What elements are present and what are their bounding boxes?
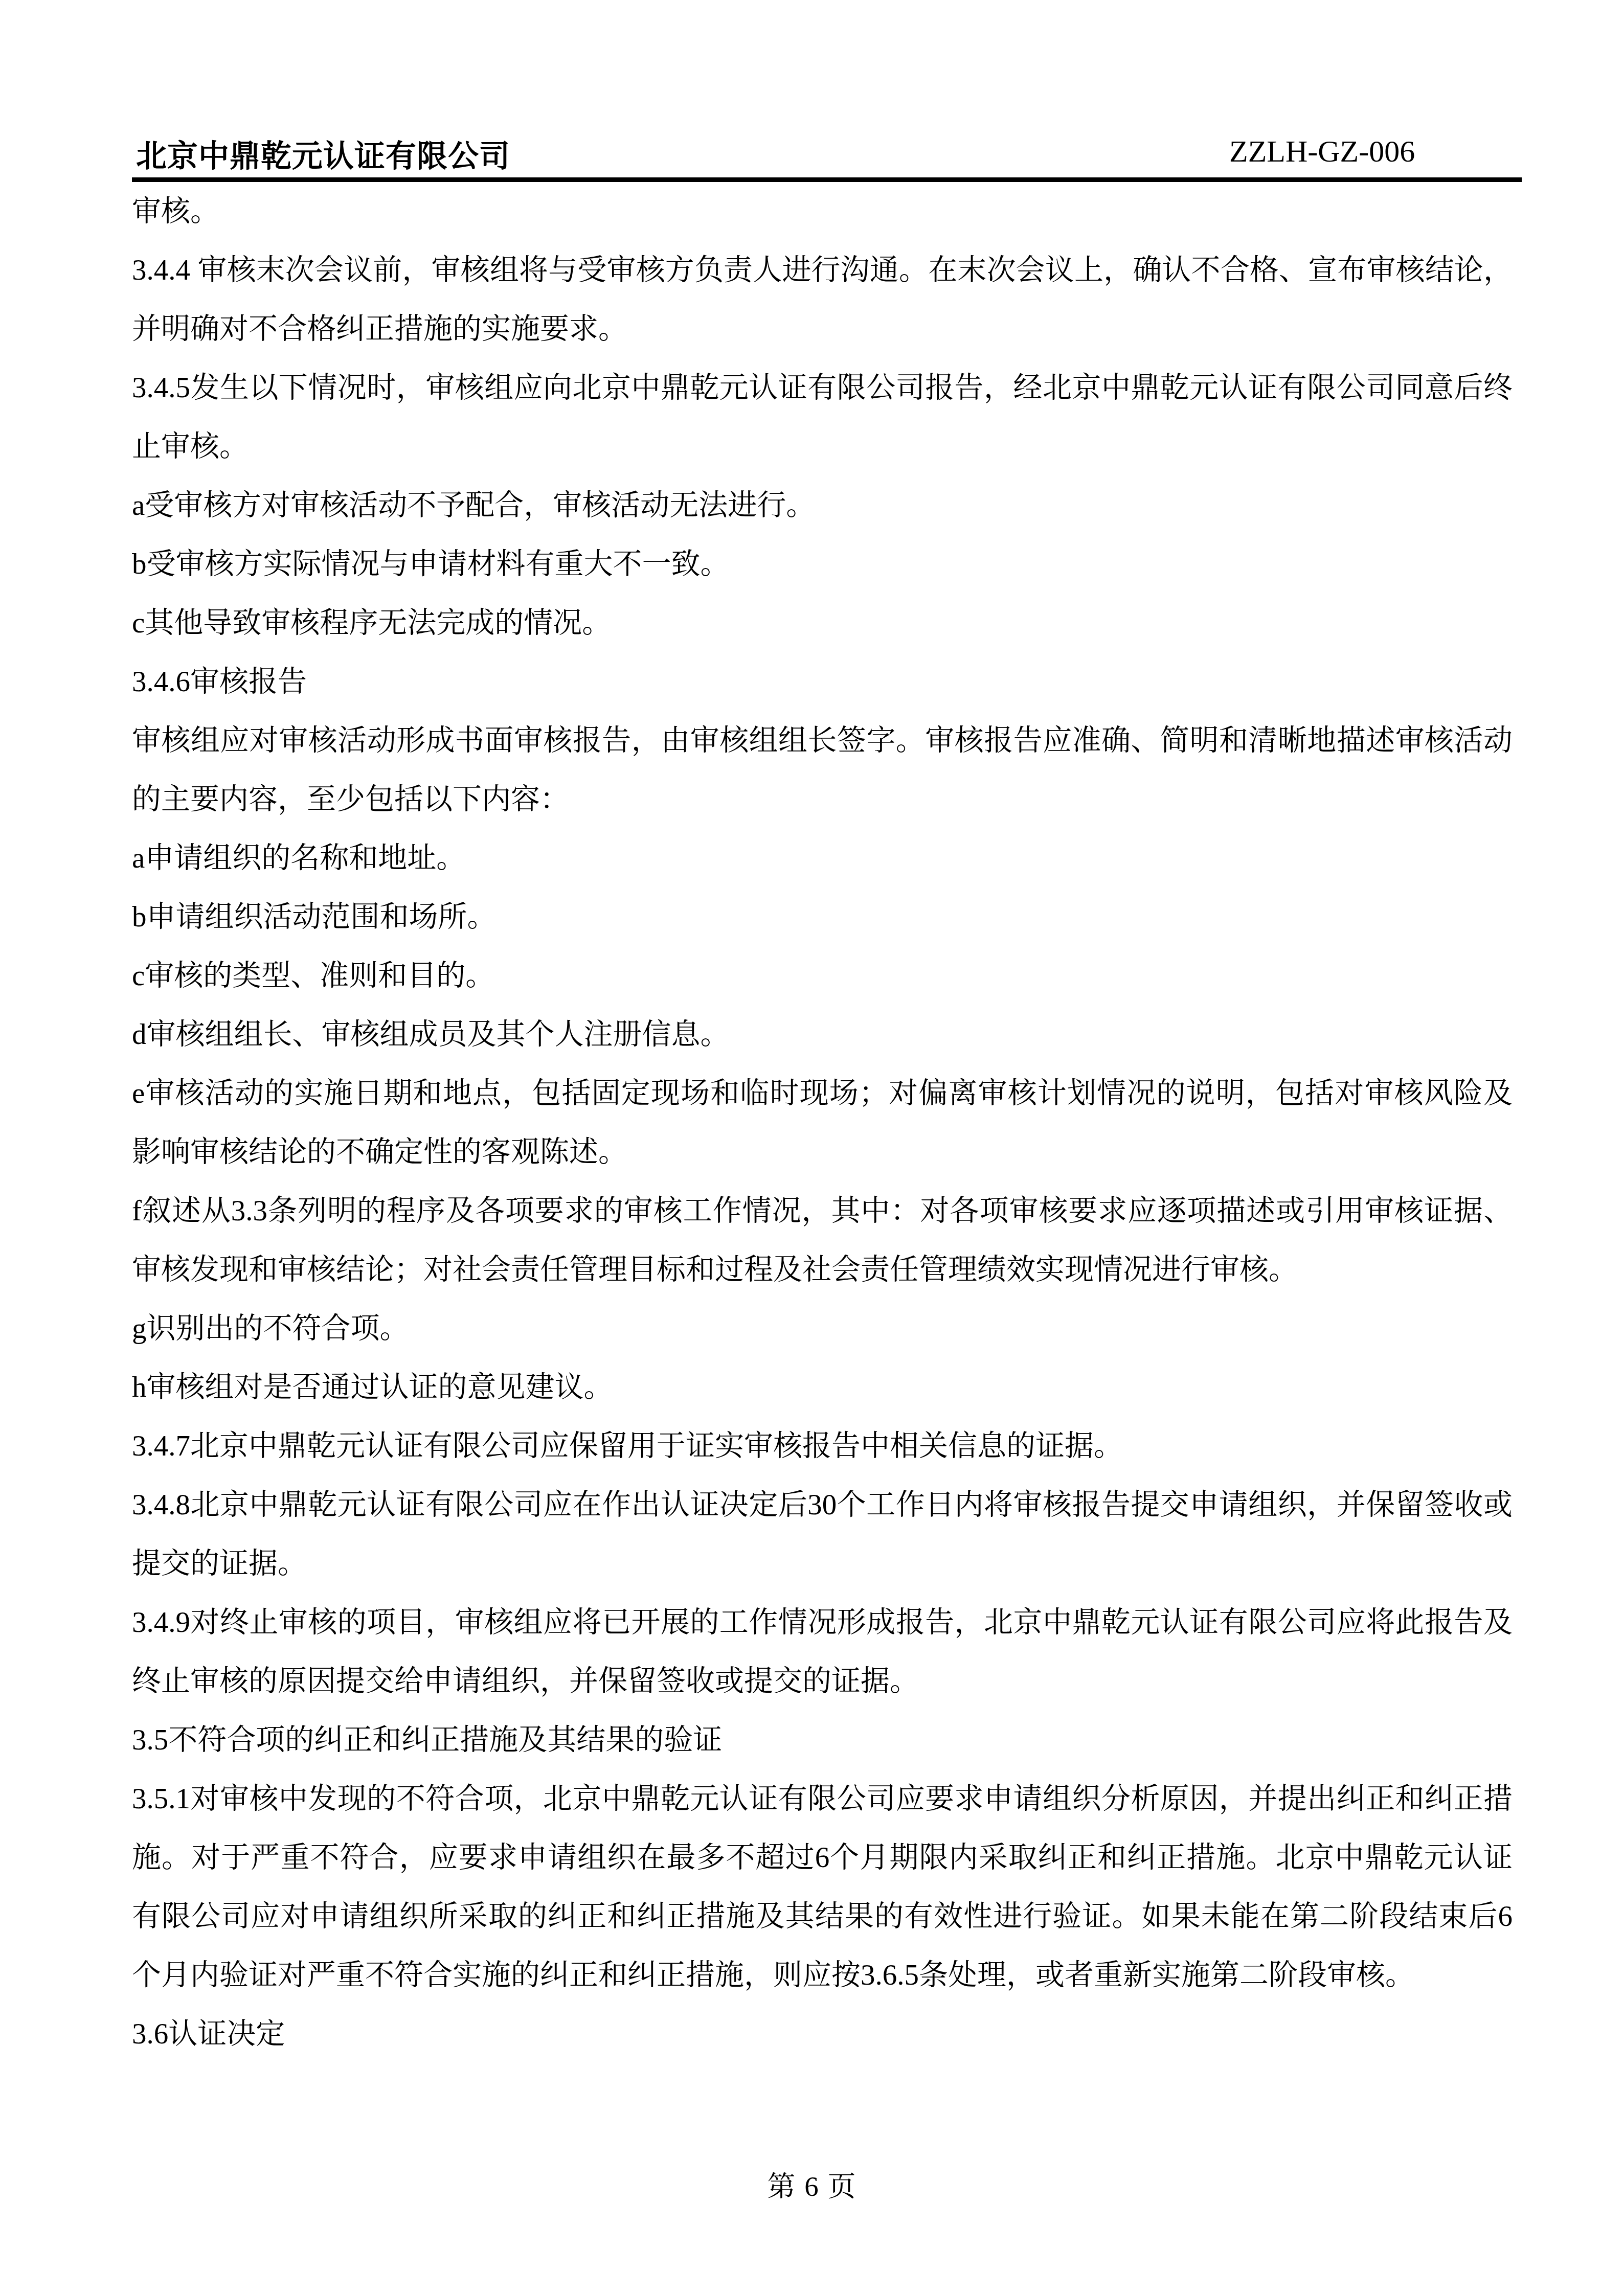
para-3-4-6-item-g: g识别出的不符合项。: [132, 1299, 1513, 1358]
header-rule: [132, 177, 1522, 182]
para-3-4-8: 3.4.8北京中鼎乾元认证有限公司应在作出认证决定后30个工作日内将审核报告提交…: [132, 1475, 1513, 1593]
para-3-4-5-item-b: b受审核方实际情况与申请材料有重大不一致。: [132, 535, 1513, 594]
para-3-4-7: 3.4.7北京中鼎乾元认证有限公司应保留用于证实审核报告中相关信息的证据。: [132, 1417, 1513, 1475]
para-3-4-6-intro: 审核组应对审核活动形成书面审核报告，由审核组组长签字。审核报告应准确、简明和清晰…: [132, 711, 1513, 829]
para-3-4-6-item-a: a申请组织的名称和地址。: [132, 829, 1513, 888]
para-3-4-6-item-d: d审核组组长、审核组成员及其个人注册信息。: [132, 1005, 1513, 1064]
para-continuation-shenhe: 审核。: [132, 182, 1513, 241]
para-3-4-6-item-h: h审核组对是否通过认证的意见建议。: [132, 1358, 1513, 1417]
para-3-4-6-item-f: f叙述从3.3条列明的程序及各项要求的审核工作情况，其中：对各项审核要求应逐项描…: [132, 1181, 1513, 1299]
document-body: 审核。 3.4.4 审核末次会议前，审核组将与受审核方负责人进行沟通。在末次会议…: [132, 182, 1513, 2063]
para-3-4-6-item-e: e审核活动的实施日期和地点，包括固定现场和临时现场；对偏离审核计划情况的说明，包…: [132, 1064, 1513, 1181]
page-number: 第 6 页: [0, 2164, 1624, 2204]
para-3-4-9: 3.4.9对终止审核的项目，审核组应将已开展的工作情况形成报告，北京中鼎乾元认证…: [132, 1593, 1513, 1711]
para-3-4-5-item-c: c其他导致审核程序无法完成的情况。: [132, 594, 1513, 652]
heading-3-6: 3.6认证决定: [132, 2005, 1513, 2063]
para-3-4-5: 3.4.5发生以下情况时，审核组应向北京中鼎乾元认证有限公司报告，经北京中鼎乾元…: [132, 358, 1513, 476]
para-3-4-5-item-a: a受审核方对审核活动不予配合，审核活动无法进行。: [132, 476, 1513, 535]
para-3-4-6-item-c: c审核的类型、准则和目的。: [132, 946, 1513, 1005]
para-3-5-1: 3.5.1对审核中发现的不符合项，北京中鼎乾元认证有限公司应要求申请组织分析原因…: [132, 1769, 1513, 2005]
document-page: 北京中鼎乾元认证有限公司 ZZLH-GZ-006 审核。 3.4.4 审核末次会…: [0, 0, 1624, 2296]
header-doc-number: ZZLH-GZ-006: [1229, 134, 1415, 169]
heading-3-4-6: 3.4.6审核报告: [132, 652, 1513, 711]
heading-3-5: 3.5不符合项的纠正和纠正措施及其结果的验证: [132, 1711, 1513, 1769]
header-company-name: 北京中鼎乾元认证有限公司: [136, 132, 510, 176]
para-3-4-6-item-b: b申请组织活动范围和场所。: [132, 888, 1513, 946]
para-3-4-4: 3.4.4 审核末次会议前，审核组将与受审核方负责人进行沟通。在末次会议上，确认…: [132, 241, 1513, 358]
